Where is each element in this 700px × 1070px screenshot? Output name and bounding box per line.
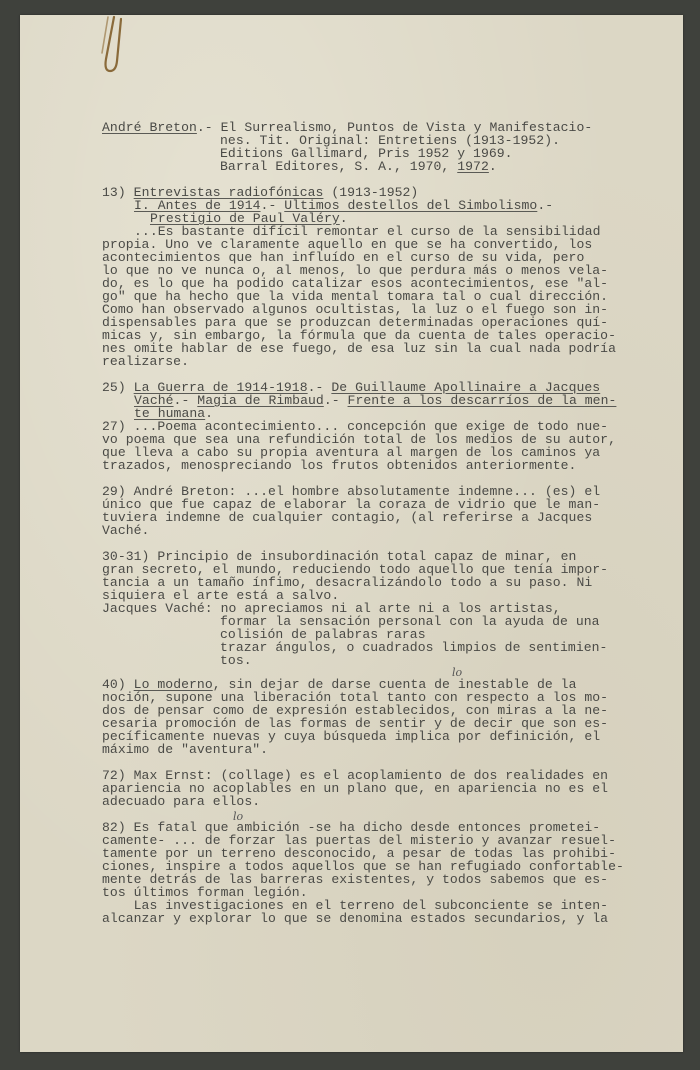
body-line: máximo de "aventura". [102, 743, 268, 756]
header-line: Barral Editores, S. A., 1970, 1972. [220, 160, 497, 173]
body-line: Vaché. [102, 524, 149, 537]
body-line: realizarse. [102, 355, 189, 368]
quote-line: tos. [220, 654, 252, 667]
quote-label: Jacques Vaché: [102, 601, 213, 616]
body-line: adecuado para ellos. [102, 795, 260, 808]
body-line: alcanzar y explorar lo que se denomina e… [102, 912, 608, 925]
quote-line: trazar ángulos, o cuadrados limpios de s… [220, 641, 607, 654]
handwritten-annotation: lo [452, 666, 462, 679]
author-name: André Breton [102, 120, 197, 135]
paper-clip-icon [94, 15, 122, 75]
body-line: tuviera indemne de cualquier contagio, (… [102, 511, 592, 524]
body-line: trazados, menospreciando los frutos obte… [102, 459, 576, 472]
